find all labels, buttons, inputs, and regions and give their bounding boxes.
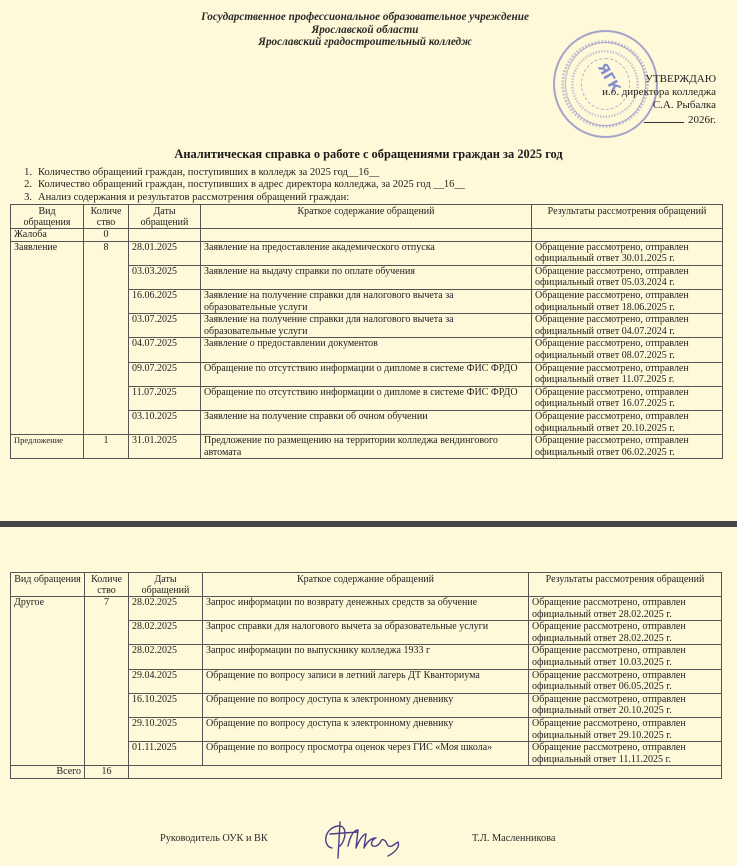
document-page-1: Государственное профессиональное образов… [0,0,737,521]
signer-name: Т.Л. Масленникова [472,833,555,844]
handwritten-signature-icon [318,816,408,864]
cell-date: 03.10.2025 [129,410,201,434]
org-line: Ярославской области [140,24,590,37]
cell-result: Обращение рассмотрено, отправлен официал… [532,265,723,289]
cell-date: 01.11.2025 [129,742,203,766]
organization-header: Государственное профессиональное образов… [140,11,590,49]
appeals-table-part-1: Вид обращения Количе ство Даты обращений… [10,204,723,459]
cell-count: 7 [85,597,129,766]
cell-date: 29.04.2025 [129,669,203,693]
cell-date: 29.10.2025 [129,717,203,741]
cell-count: 8 [84,241,129,435]
cell-result: Обращение рассмотрено, отправлен официал… [532,435,723,459]
summary-item: 2.Количество обращений граждан, поступив… [12,179,465,191]
cell-type: Жалоба [11,229,84,242]
item-number: 2. [12,179,32,191]
cell-summary [201,229,532,242]
cell-result: Обращение рассмотрено, отправлен официал… [529,742,722,766]
document-title: Аналитическая справка о работе с обращен… [0,147,737,162]
cell-summary: Заявление на получение справки для налог… [201,314,532,338]
summary-item: 1.Количество обращений граждан, поступив… [12,167,465,179]
summary-item: 3.Анализ содержания и результатов рассмо… [12,192,465,204]
cell-date: 16.06.2025 [129,289,201,313]
table-row: Другое728.02.2025Запрос информации по во… [11,597,722,621]
cell-result [532,229,723,242]
header-dates: Даты обращений [129,573,203,597]
approval-name: С.А. Рыбалка [602,99,716,112]
item-text: Количество обращений граждан, поступивши… [38,179,465,190]
cell-summary: Заявление о предоставлении документов [201,338,532,362]
cell-summary: Запрос информации по выпускнику колледжа… [203,645,529,669]
cell-summary: Обращение по отсутствию информации о дип… [201,386,532,410]
item-number: 1. [12,167,32,179]
table-header-row: Вид обращения Количе ство Даты обращений… [11,205,723,229]
table-row: Заявление828.01.2025Заявление на предост… [11,241,723,265]
header-type: Вид обращения [11,205,84,229]
cell-summary: Заявление на предоставление академическо… [201,241,532,265]
cell-date: 16.10.2025 [129,693,203,717]
cell-date: 11.07.2025 [129,386,201,410]
org-line: Ярославский градостроительный колледж [140,36,590,49]
total-count: 16 [85,766,129,779]
cell-result: Обращение рассмотрено, отправлен официал… [529,717,722,741]
cell-summary: Заявление на получение справки об очном … [201,410,532,434]
header-results: Результаты рассмотрения обращений [532,205,723,229]
header-summary: Краткое содержание обращений [203,573,529,597]
org-line: Государственное профессиональное образов… [140,11,590,24]
cell-result: Обращение рассмотрено, отправлен официал… [529,669,722,693]
cell-summary: Заявление на получение справки для налог… [201,289,532,313]
cell-type: Другое [11,597,85,766]
cell-result: Обращение рассмотрено, отправлен официал… [532,289,723,313]
cell-date: 09.07.2025 [129,362,201,386]
cell-date: 28.02.2025 [129,621,203,645]
cell-count: 1 [84,435,129,459]
cell-summary: Обращение по отсутствию информации о дип… [201,362,532,386]
cell-result: Обращение рассмотрено, отправлен официал… [532,386,723,410]
approval-block: УТВЕРЖДАЮ и.о. директора колледжа С.А. Р… [602,73,716,127]
approval-date: 2026г. [602,113,716,127]
header-count: Количе ство [85,573,129,597]
table-row: Жалоба0 [11,229,723,242]
table-row: Предложение131.01.2025Предложение по раз… [11,435,723,459]
total-row: Всего 16 [11,766,722,779]
signer-role: Руководитель ОУК и ВК [160,833,268,844]
cell-result: Обращение рассмотрено, отправлен официал… [532,241,723,265]
cell-date: 03.03.2025 [129,265,201,289]
cell-result: Обращение рассмотрено, отправлен официал… [532,362,723,386]
header-results: Результаты рассмотрения обращений [529,573,722,597]
cell-count: 0 [84,229,129,242]
cell-summary: Заявление на выдачу справки по оплате об… [201,265,532,289]
cell-summary: Обращение по вопросу записи в летний лаг… [203,669,529,693]
cell-summary: Обращение по вопросу доступа к электронн… [203,717,529,741]
date-blank-line [644,113,684,123]
cell-date: 03.07.2025 [129,314,201,338]
approval-title: УТВЕРЖДАЮ [602,73,716,86]
cell-summary: Обращение по вопросу просмотра оценок че… [203,742,529,766]
cell-summary: Запрос информации по возврату денежных с… [203,597,529,621]
item-number: 3. [12,192,32,204]
total-empty-cell [129,766,722,779]
cell-result: Обращение рассмотрено, отправлен официал… [532,314,723,338]
appeals-table-part-2: Вид обращения Количе ство Даты обращений… [10,572,722,779]
approval-position: и.о. директора колледжа [602,86,716,99]
cell-result: Обращение рассмотрено, отправлен официал… [529,621,722,645]
approval-date-year: 2026г. [688,114,716,126]
cell-summary: Запрос справки для налогового вычета за … [203,621,529,645]
item-text: Анализ содержания и результатов рассмотр… [38,192,349,203]
cell-result: Обращение рассмотрено, отправлен официал… [529,693,722,717]
total-label: Всего [11,766,85,779]
header-count: Количе ство [84,205,129,229]
header-type: Вид обращения [11,573,85,597]
cell-date: 28.02.2025 [129,597,203,621]
cell-date: 04.07.2025 [129,338,201,362]
cell-result: Обращение рассмотрено, отправлен официал… [529,597,722,621]
item-text: Количество обращений граждан, поступивши… [38,167,379,178]
cell-result: Обращение рассмотрено, отправлен официал… [529,645,722,669]
header-dates: Даты обращений [129,205,201,229]
table-header-row: Вид обращения Количе ство Даты обращений… [11,573,722,597]
cell-summary: Предложение по размещению на территории … [201,435,532,459]
cell-date: 31.01.2025 [129,435,201,459]
cell-result: Обращение рассмотрено, отправлен официал… [532,338,723,362]
cell-type: Заявление [11,241,84,435]
cell-date: 28.01.2025 [129,241,201,265]
cell-date: 28.02.2025 [129,645,203,669]
summary-list: 1.Количество обращений граждан, поступив… [12,167,465,204]
header-summary: Краткое содержание обращений [201,205,532,229]
cell-result: Обращение рассмотрено, отправлен официал… [532,410,723,434]
cell-type: Предложение [11,435,84,459]
cell-summary: Обращение по вопросу доступа к электронн… [203,693,529,717]
cell-date [129,229,201,242]
